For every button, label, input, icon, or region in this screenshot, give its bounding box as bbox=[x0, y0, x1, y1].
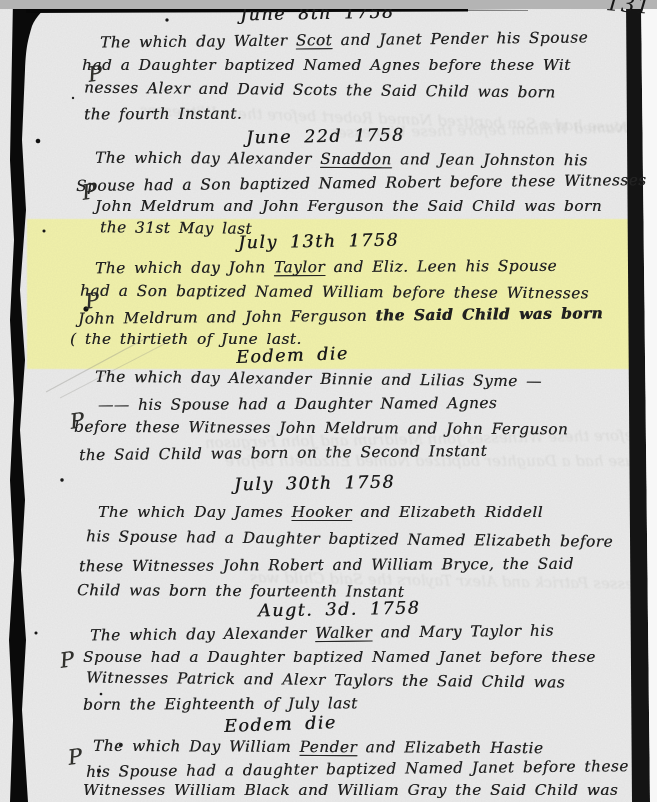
entry-3-line-1: The which day John Taylor and Eliz. Leen… bbox=[95, 257, 557, 277]
entry-7-line-1: The which Day William Pender and Elizabe… bbox=[93, 737, 543, 757]
register-page-scan: Spouse had a Son baptized Named Robert b… bbox=[0, 0, 657, 802]
entry-4-line-3: before these Witnesses John Meldrum and … bbox=[74, 418, 568, 439]
entry-7-date-heading: Eodem die bbox=[224, 713, 337, 737]
entry-1-line-3: nesses Alexr and David Scots the Said Ch… bbox=[84, 79, 556, 102]
entry-3-line-2: had a Son baptized Named William before … bbox=[80, 282, 589, 303]
entry-4-line-1: The which day Alexander Binnie and Lilia… bbox=[95, 368, 542, 391]
entry-7-line-2: his Spouse had a daughter baptized Named… bbox=[86, 757, 629, 781]
entry-4-line-4: the Said Child was born on the Second In… bbox=[79, 442, 487, 464]
entry-6-line-3: Witnesses Patrick and Alexr Taylors the … bbox=[86, 668, 565, 691]
entry-5-date-heading: July 30th 1758 bbox=[234, 473, 395, 496]
entry-1-line-2: had a Daughter baptized Named Agnes befo… bbox=[82, 56, 571, 74]
entry-3-line-4: ( the thirtieth of June last. bbox=[70, 330, 302, 348]
scan-top-bar bbox=[0, 0, 657, 9]
entry-7-line-3: Witnesses William Black and William Gray… bbox=[83, 781, 618, 799]
entry-1-line-1: The which day Walter Scot and Janet Pend… bbox=[100, 28, 588, 51]
entry-6-line-1: The which day Alexander Walker and Mary … bbox=[90, 622, 554, 645]
entry-6-date-heading: Augt. 3d. 1758 bbox=[258, 599, 421, 622]
register-entries: June 8th 1758PThe which day Walter Scot … bbox=[0, 0, 657, 802]
entry-5-line-4: Child was born the fourteenth Instant bbox=[77, 581, 404, 601]
entry-3-date-heading: July 13th 1758 bbox=[238, 231, 399, 254]
entry-2-line-3: John Meldrum and John Ferguson the Said … bbox=[95, 197, 602, 215]
entry-6-margin-mark: P bbox=[58, 647, 75, 673]
entry-1-line-4: the fourth Instant. bbox=[84, 105, 242, 124]
entry-7-margin-mark: P bbox=[66, 744, 83, 770]
entry-3-line-3: John Meldrum and John Ferguson the Said … bbox=[78, 304, 603, 327]
entry-4-line-2: —— his Spouse had a Daughter Named Agnes bbox=[98, 394, 497, 414]
entry-2-line-2: Spouse had a Son baptized Named Robert b… bbox=[76, 171, 647, 195]
entry-2-line-1: The which day Alexander Snaddon and Jean… bbox=[95, 149, 588, 170]
entry-6-line-4: born the Eighteenth of July last bbox=[83, 694, 358, 713]
entry-5-line-3: these Witnesses John Robert and William … bbox=[79, 555, 574, 576]
entry-6-line-2: Spouse had a Daughter baptized Named Jan… bbox=[83, 648, 596, 666]
entry-4-date-heading: Eodem die bbox=[236, 344, 349, 368]
entry-5-line-2: his Spouse had a Daughter baptized Named… bbox=[86, 527, 613, 551]
entry-2-date-heading: June 22d 1758 bbox=[246, 126, 405, 149]
entry-5-line-1: The which Day James Hooker and Elizabeth… bbox=[98, 503, 543, 521]
entry-2-line-4: the 31st May last bbox=[100, 218, 252, 238]
